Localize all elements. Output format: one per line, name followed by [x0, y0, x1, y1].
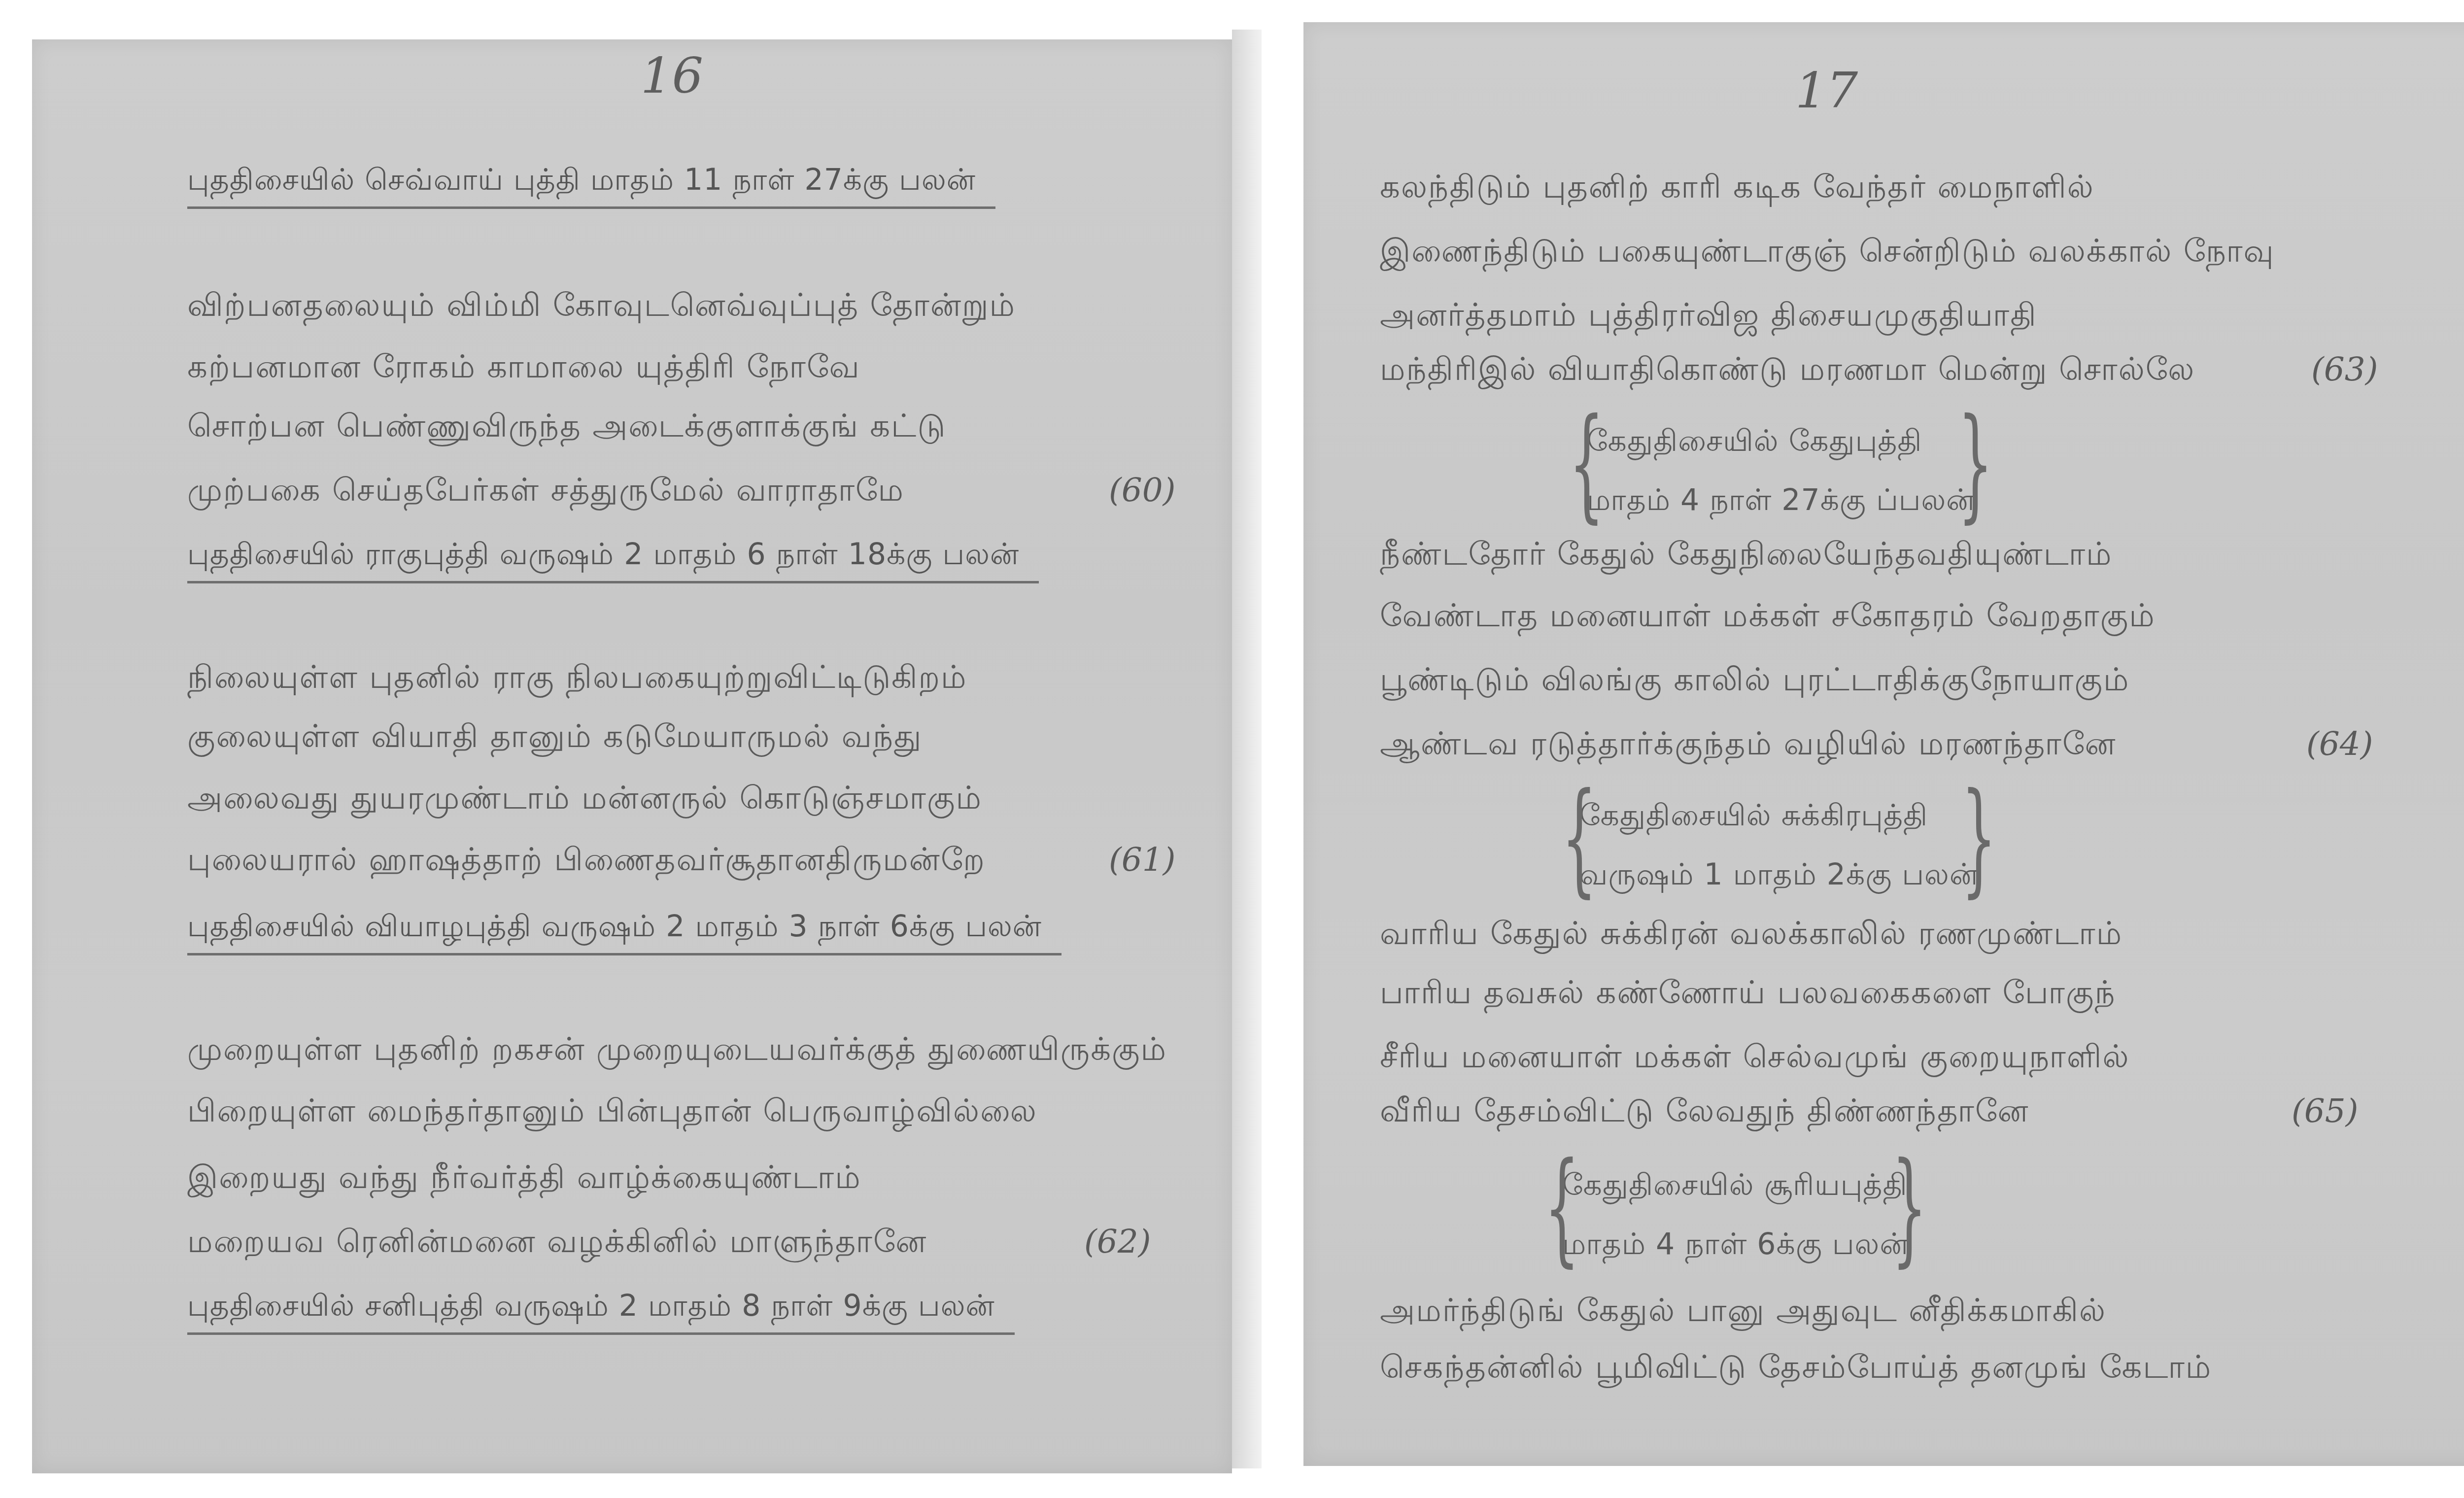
verse-line: நிலையுள்ள புதனில் ராகு நிலபகையுற்றுவிட்ட… — [187, 658, 967, 697]
verse-line: மந்திரிஇல் வியாதிகொண்டு மரணமா மென்று சொல… — [1380, 350, 2195, 389]
verse-line: முறையுள்ள புதனிற் றகசன் முறையுடையவர்க்கு… — [187, 1030, 1167, 1069]
section-heading: புததிசையில் வியாழபுத்தி வருஷம் 2 மாதம் 3… — [187, 907, 1061, 955]
verse-line: கலந்திடும் புதனிற் காரி கடிக வேந்தர் மைந… — [1380, 168, 2094, 207]
verse-line: ஆண்டவ ரடுத்தார்க்குந்தம் வழியில் மரணந்தா… — [1380, 724, 2116, 764]
verse-line: கற்பனமான ரோகம் காமாலை யுத்திரி நோவே — [187, 347, 860, 387]
section-heading: புததிசையில் சனிபுத்தி வருஷம் 2 மாதம் 8 ந… — [187, 1286, 1015, 1335]
verse-line: செகந்தன்னில் பூமிவிட்டு தேசம்போய்த் தனமு… — [1380, 1348, 2212, 1387]
bracketed-heading: கேதுதிசையில் சுக்கிரபுத்தி வருஷம் 1 மாதம… — [1545, 786, 2013, 904]
verse-line: புலையரால் ஹாஷத்தாற் பிணைதவர்சூதானதிருமன்… — [187, 840, 986, 880]
verse-line: விற்பனதலையும் விம்மி கோவுடனெவ்வுப்புத் த… — [187, 286, 1016, 325]
verse-line: குலையுள்ள வியாதி தானும் கடுமேயாருமல் வந்… — [187, 717, 922, 756]
verse-line: பூண்டிடும் விலங்கு காலில் புரட்டாதிக்குந… — [1380, 660, 2129, 700]
bracketed-heading-line: மாதம் 4 நாள் 27க்கு ப்பலன் — [1587, 471, 1975, 530]
manuscript-page-left: 16 புததிசையில் செவ்வாய் புத்தி மாதம் 11 … — [32, 39, 1232, 1473]
section-heading: புததிசையில் செவ்வாய் புத்தி மாதம் 11 நாள… — [187, 160, 995, 209]
verse-number: (60) — [1109, 471, 1175, 510]
verse-line: பாரிய தவசுல் கண்ணோய் பலவகைகளை போகுந் — [1380, 973, 2116, 1013]
manuscript-page-right: 17 கலந்திடும் புதனிற் காரி கடிக வேந்தர் … — [1303, 22, 2464, 1466]
verse-number: (61) — [1109, 840, 1175, 880]
verse-line: வேண்டாத மனையாள் மக்கள் சகோதரம் வேறதாகும் — [1380, 596, 2156, 636]
bracketed-heading-line: மாதம் 4 நாள் 6க்கு பலன் — [1562, 1215, 1909, 1274]
section-heading: புததிசையில் ராகுபுத்தி வருஷம் 2 மாதம் 6 … — [187, 535, 1039, 583]
binding-gutter — [1232, 30, 1262, 1468]
verse-line: முற்பகை செய்தபேர்கள் சத்துருமேல் வாராதாம… — [187, 471, 904, 510]
verse-line: சீரிய மனையாள் மக்கள் செல்வமுங் குறையுநாள… — [1380, 1037, 2130, 1077]
verse-line: இணைந்திடும் பகையுண்டாகுஞ் சென்றிடும் வலக… — [1380, 232, 2275, 271]
bracketed-heading-line: கேதுதிசையில் சுக்கிரபுத்தி — [1579, 786, 1979, 845]
verse-number: (64) — [2306, 724, 2373, 764]
verse-line: வாரிய கேதுல் சுக்கிரன் வலக்காலில் ரணமுண்… — [1380, 914, 2122, 953]
verse-line: நீண்டதோர் கேதுல் கேதுநிலையேந்தவதியுண்டாம… — [1380, 535, 2113, 574]
bracketed-heading-line: கேதுதிசையில் கேதுபுத்தி — [1587, 411, 1975, 471]
verse-line: பிறையுள்ள மைந்தர்தானும் பின்புதான் பெருவ… — [187, 1091, 1037, 1131]
bracketed-heading: கேதுதிசையில் சூரியபுத்தி மாதம் 4 நாள் 6க… — [1528, 1156, 1944, 1274]
verse-number: (63) — [2311, 350, 2378, 389]
bracketed-heading: கேதுதிசையில் கேதுபுத்தி மாதம் 4 நாள் 27க… — [1552, 411, 2010, 530]
verse-line: இறையது வந்து நீர்வர்த்தி வாழ்க்கையுண்டாம… — [187, 1158, 861, 1197]
verse-line: அனர்த்தமாம் புத்திரர்விஜ திசையமுகுதியாதி — [1380, 296, 2037, 335]
verse-line: அலைவது துயரமுண்டாம் மன்னருல் கொடுஞ்சமாகு… — [187, 779, 982, 818]
bracketed-heading-line: கேதுதிசையில் சூரியபுத்தி — [1562, 1156, 1909, 1215]
verse-number: (62) — [1084, 1222, 1151, 1261]
verse-number: (65) — [2292, 1091, 2358, 1131]
verse-line: சொற்பன பெண்ணுவிருந்த அடைக்குளாக்குங் கட்… — [187, 407, 946, 446]
bracketed-heading-line: வருஷம் 1 மாதம் 2க்கு பலன் — [1579, 845, 1979, 904]
page-number: 17 — [1795, 62, 1858, 119]
page-number: 16 — [641, 47, 703, 104]
verse-line: வீரிய தேசம்விட்டு லேவதுந் திண்ணந்தானே — [1380, 1091, 2029, 1131]
verse-line: அமர்ந்திடுங் கேதுல் பானு அதுவுட னீதிக்கம… — [1380, 1291, 2106, 1330]
verse-line: மறையவ ரெனின்மனை வழக்கினில் மாளுந்தானே — [187, 1222, 927, 1261]
